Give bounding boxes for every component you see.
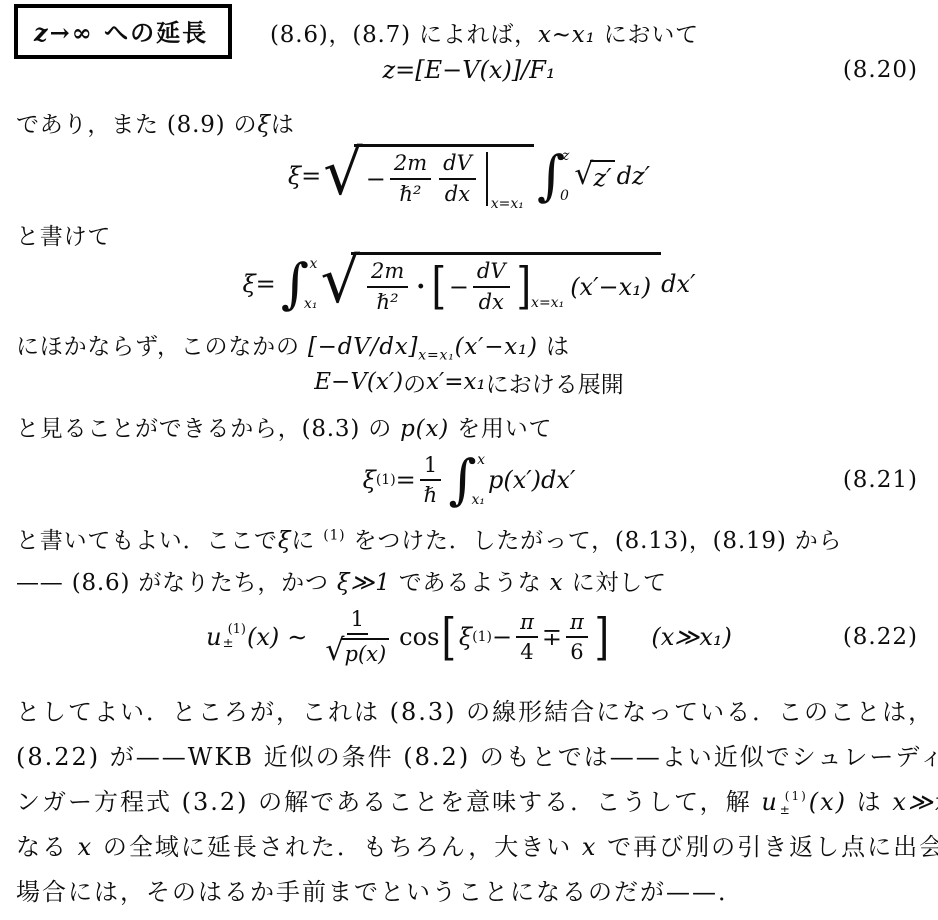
frac-bottom: 6 — [566, 638, 587, 664]
frac-bottom: dx — [475, 288, 508, 314]
dash-text-3: に対して — [563, 570, 666, 596]
dash-text-1: —— (8.6) がなりたち，かつ — [16, 570, 337, 596]
frac-top: dV — [473, 259, 510, 287]
eq822-u: u — [206, 623, 221, 651]
dash-text-2: であるような — [391, 570, 550, 596]
right-bracket: ] — [594, 616, 609, 659]
eq821-xi: ξ — [363, 466, 376, 494]
paragraph-line-2: (8.22) が——WKB 近似の条件 (8.2) のもとでは——よい近似でシュ… — [16, 737, 938, 772]
eq821-number: (8.21) — [843, 467, 918, 493]
tenkai-math-2: x′=x₁ — [426, 369, 486, 395]
kaite-text-1: と書いてもよい．ここで — [16, 528, 278, 554]
eqA-tail: dz′ — [617, 162, 650, 190]
para4-math-1: x — [78, 833, 94, 861]
fraction-2m-hbar: 2m ℏ² — [367, 259, 408, 313]
frac-bottom: 4 — [516, 638, 537, 664]
radicand: 2m ℏ² · [ − dV dx ] x=x₁ (x′−x₁) — [351, 252, 661, 315]
kaite-text-3: をつけた．したがって，(8.13)，(8.19) から — [345, 528, 842, 554]
paragraph-line-5: 場合には，そのはるか手前までということになるのだが——． — [16, 872, 744, 907]
small-radicand: p(x) — [341, 638, 390, 666]
deari-math: ξ — [257, 112, 270, 138]
evaluation-subscript: x=x₁ — [491, 196, 524, 212]
fraction-dV-dx: dV dx — [473, 259, 510, 313]
radical: √ 2m ℏ² · [ − dV dx ] x=x₁ (x′−x₁) — [320, 252, 661, 315]
evaluation-bar — [486, 152, 488, 206]
integral-upper-limit: x — [477, 452, 485, 468]
fraction-1-sqrtp: 1 √ p(x) — [319, 607, 395, 667]
frac-bottom: ℏ — [420, 481, 442, 507]
section-title-text: への延長 — [94, 18, 208, 47]
eq822-arg: (x) — [247, 623, 279, 651]
integral-lower-limit: 0 — [560, 188, 569, 204]
u-sub-sup: (1) ± — [223, 623, 246, 652]
integral: ∫ x x₁ — [281, 255, 318, 313]
text-line-kaite: と書いてもよい．ここでξに (1) をつけた．したがって，(8.13)，(8.1… — [16, 522, 842, 555]
u-superscript: (1) — [228, 623, 246, 637]
evaluation-bar-group: x=x₁ — [486, 152, 524, 206]
nihoka-math-2: (x′−x₁) — [455, 334, 538, 360]
nihoka-text-2: は — [538, 334, 570, 360]
para4-text-1: なる — [16, 833, 78, 861]
kaite-text-2: に — [291, 528, 323, 554]
frac-bottom: ℏ² — [373, 288, 403, 314]
integral-limits: x x₁ — [306, 255, 318, 313]
para4-text-3: で再び別の引き返し点に出会う — [597, 833, 938, 861]
fraction-dV-dx: dV dx — [439, 151, 476, 205]
para4-math-2: x — [582, 833, 598, 861]
small-radical: √ z′ — [574, 160, 614, 192]
text-line-nihoka: にほかならず，このなかの [−dV/dx]x=x₁(x′−x₁) は — [16, 328, 570, 364]
section-title-box: z→∞ への延長 — [14, 4, 232, 59]
fraction-1-hbar: 1 ℏ — [420, 453, 442, 507]
u-sub-sup: (1)± — [780, 790, 808, 816]
integral: ∫ x x₁ — [448, 451, 485, 509]
fraction-pi-6: π 6 — [566, 610, 588, 664]
para3-math: x≫x₁ — [892, 788, 938, 816]
intro-math: x∼x₁ — [538, 22, 596, 48]
frac-bottom: dx — [441, 180, 474, 206]
para3-text-2: は — [847, 788, 892, 816]
miru-text-2: を用いて — [449, 416, 552, 442]
frac-bottom: ℏ² — [396, 180, 426, 206]
frac-top: π — [516, 610, 538, 638]
integral-upper-limit: x — [310, 256, 318, 272]
frac-top: dV — [439, 151, 476, 179]
radical-sign: √ — [574, 160, 593, 190]
frac-top: 1 — [347, 607, 368, 635]
dash-math-2: x — [550, 570, 564, 596]
eqB-lhs: ξ= — [242, 270, 275, 298]
paragraph-line-3: ンガー方程式 (3.2) の解であることを意味する．こうして，解 u(1)±(x… — [16, 782, 938, 817]
eq821-body: p(x′)dx′ — [488, 466, 575, 494]
equation-8-20: z=[E−V(x)]/F₁ (8.20) — [0, 52, 938, 88]
equation-8-21: ξ(1) = 1 ℏ ∫ x x₁ p(x′)dx′ (8.21) — [0, 448, 938, 512]
text-line-tenkai: E−V(x′) の x′=x₁ における展開 — [0, 366, 938, 398]
kaite-math: ξ — [278, 528, 291, 554]
text-line-miru: と見ることができるから，(8.3) の p(x) を用いて — [16, 410, 552, 443]
equation-xi-x: ξ= ∫ x x₁ √ 2m ℏ² · [ − dV dx — [0, 244, 938, 324]
nihoka-subscript: x=x₁ — [418, 348, 454, 364]
eq822-minus: − — [492, 623, 512, 651]
eqA-minus: − — [366, 165, 386, 193]
radical: √ − 2m ℏ² dV dx x=x₁ — [323, 144, 534, 207]
eq821-sup: (1) — [376, 472, 396, 488]
fraction-pi-4: π 4 — [516, 610, 538, 664]
paragraph-line-4: なる x の全域に延長された．もちろん，大きい x で再び別の引き返し点に出会う — [16, 827, 938, 862]
similar-operator: ∼ — [287, 623, 307, 651]
intro-line: (8.6)，(8.7) によれば，x∼x₁ において — [270, 16, 699, 49]
equation-xi-z: ξ= √ − 2m ℏ² dV dx x=x₁ ∫ — [0, 140, 938, 212]
integral: ∫ z 0 — [537, 147, 570, 205]
frac-top: π — [566, 610, 588, 638]
cos-function: cos — [399, 623, 439, 651]
left-bracket: [ — [432, 265, 447, 308]
para3-arg: (x) — [809, 788, 847, 816]
radical-sign: √ — [320, 250, 360, 312]
integral-limits: z 0 — [562, 147, 569, 205]
section-title-math: z→∞ — [34, 18, 94, 47]
nihoka-text-1: にほかならず，このなかの — [16, 334, 308, 360]
eqA-lhs: ξ= — [288, 162, 321, 190]
tenkai-text-1: の — [403, 366, 426, 399]
text-line-dash: —— (8.6) がなりたち，かつ ξ≫1 であるような x に対して — [16, 564, 667, 597]
miru-math: p(x) — [400, 416, 449, 442]
integral-lower-limit: x₁ — [304, 296, 318, 312]
eqB-tail: dx′ — [661, 270, 695, 298]
deari-text-1: であり，また (8.9) の — [16, 112, 257, 138]
u-superscript: (1) — [785, 790, 808, 803]
frac-top: 2m — [367, 259, 408, 287]
para3-u: u — [761, 788, 778, 816]
para3-text-1: ンガー方程式 (3.2) の解であることを意味する．こうして，解 — [16, 788, 761, 816]
radical-sign: √ — [325, 636, 344, 666]
frac-bottom: √ p(x) — [319, 635, 395, 667]
fraction-2m-hbar: 2m ℏ² — [390, 151, 431, 205]
frac-top: 2m — [390, 151, 431, 179]
right-bracket: ] — [516, 265, 531, 308]
minus-plus-operator: ∓ — [542, 623, 562, 651]
u-subscript: ± — [780, 804, 808, 817]
deari-text-2: は — [271, 112, 295, 138]
frac-top: 1 — [420, 453, 441, 481]
small-radical: √ p(x) — [325, 637, 389, 667]
intro-text-1: (8.6)，(8.7) によれば， — [270, 22, 538, 48]
eq822-xi: ξ — [459, 623, 472, 651]
kaite-superscript: (1) — [323, 527, 345, 543]
paragraph-line-1: としてよい．ところが，これは (8.3) の線形結合になっている．このことは， — [16, 692, 934, 727]
eqB-minus: − — [449, 273, 469, 301]
tenkai-text-2: における展開 — [486, 366, 624, 399]
eq822-number: (8.22) — [843, 624, 918, 650]
eq820-number: (8.20) — [843, 57, 918, 83]
integral-upper-limit: z — [562, 148, 569, 164]
eq822-xi-sup: (1) — [472, 629, 492, 645]
u-subscript: ± — [223, 637, 246, 651]
text-line-deari: であり，また (8.9) のξは — [16, 106, 295, 139]
miru-text-1: と見ることができるから，(8.3) の — [16, 416, 400, 442]
nihoka-math-1: [−dV/dx] — [308, 334, 418, 360]
intro-text-2: において — [596, 22, 699, 48]
eq820-body: z=[E−V(x)]/F₁ — [382, 56, 555, 84]
eq822-condition: (x≫x₁) — [651, 623, 732, 651]
eq821-equals: = — [396, 466, 416, 494]
textbook-page: z→∞ への延長 (8.6)，(8.7) によれば，x∼x₁ において z=[E… — [0, 0, 938, 920]
radicand: − 2m ℏ² dV dx x=x₁ — [354, 144, 534, 207]
radical-sign: √ — [323, 142, 363, 204]
para4-text-2: の全域に延長された．もちろん，大きい — [93, 833, 582, 861]
equation-8-22: u (1) ± (x) ∼ 1 √ p(x) cos [ ξ(1) − π 4 … — [0, 600, 938, 674]
integral-lower-limit: x₁ — [471, 492, 485, 508]
left-bracket: [ — [442, 616, 457, 659]
tenkai-math-1: E−V(x′) — [314, 369, 403, 395]
bracket-subscript: x=x₁ — [531, 295, 564, 311]
cdot-operator: · — [416, 272, 425, 302]
eqB-paren: (x′−x₁) — [570, 273, 651, 301]
integral-limits: x x₁ — [473, 451, 485, 509]
dash-math-1: ξ≫1 — [337, 570, 391, 596]
